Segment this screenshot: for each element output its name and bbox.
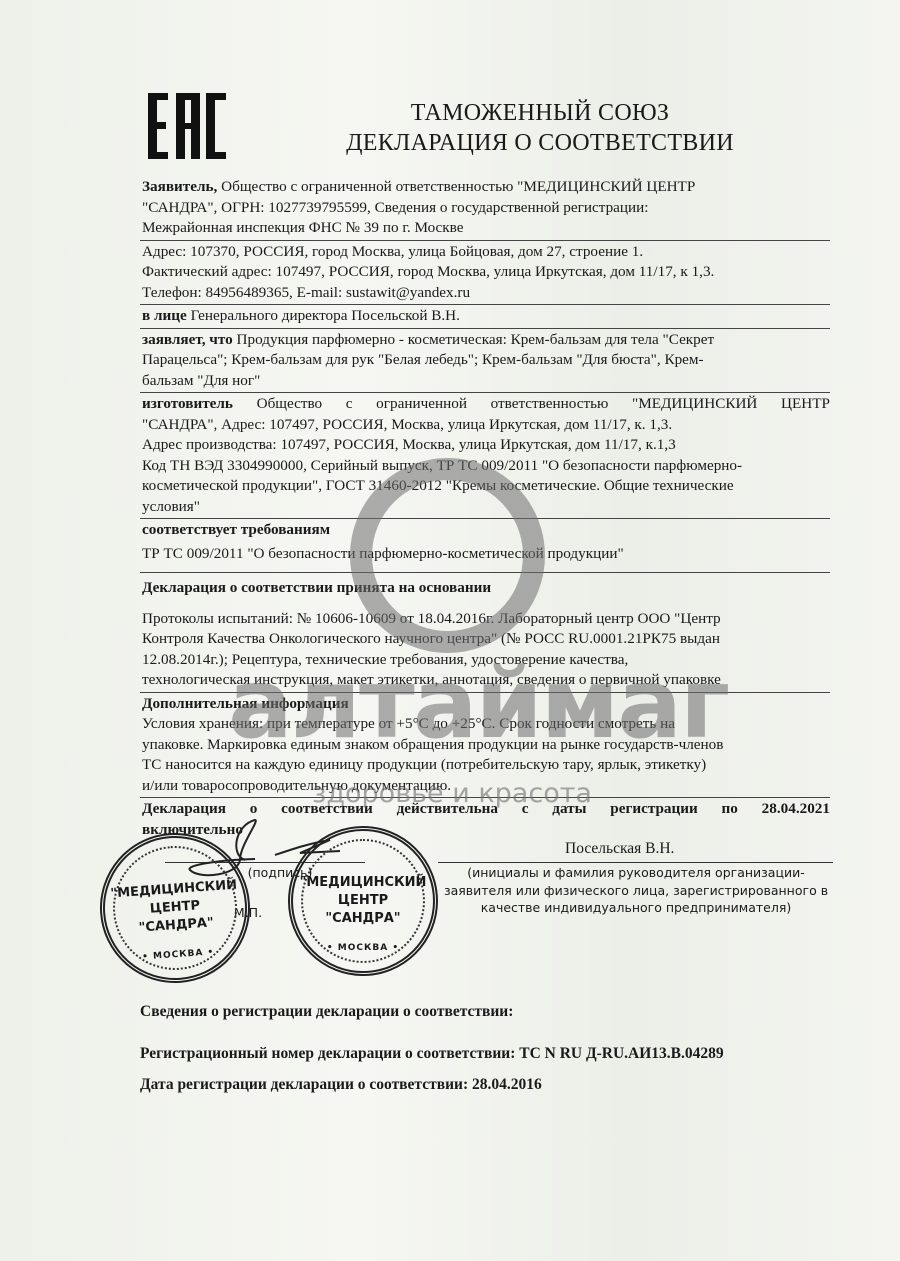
- company-seal-stamp: "МЕДИЦИНСКИЙ ЦЕНТР "САНДРА" • МОСКВА •: [288, 826, 438, 976]
- signatory-name: Посельская В.Н.: [565, 840, 674, 858]
- document-header: ТАМОЖЕННЫЙ СОЮЗ ДЕКЛАРАЦИЯ О СООТВЕТСТВИ…: [300, 98, 780, 158]
- union-title: ТАМОЖЕННЫЙ СОЮЗ: [300, 98, 780, 128]
- declaration-body: Заявитель, Общество с ограниченной ответ…: [140, 176, 830, 841]
- registration-number: Регистрационный номер декларации о соотв…: [140, 1045, 724, 1063]
- representative-section: в лице Генерального директора Посельской…: [140, 305, 830, 329]
- eac-logo: [148, 93, 226, 159]
- registration-heading: Сведения о регистрации декларации о соот…: [140, 1003, 513, 1021]
- additional-info-section: Дополнительная информация Условия хранен…: [140, 693, 830, 799]
- basis-section: Декларация о соответствии принята на осн…: [140, 573, 830, 693]
- manufacturer-section: изготовитель Общество с ограниченной отв…: [140, 393, 830, 519]
- document-page: ТАМОЖЕННЫЙ СОЮЗ ДЕКЛАРАЦИЯ О СООТВЕТСТВИ…: [0, 0, 900, 1261]
- declaration-title: ДЕКЛАРАЦИЯ О СООТВЕТСТВИИ: [300, 128, 780, 158]
- name-caption: (инициалы и фамилия руководителя организ…: [440, 864, 832, 917]
- declares-section: заявляет, что Продукция парфюмерно - кос…: [140, 329, 830, 394]
- address-section: Адрес: 107370, РОССИЯ, город Москва, ули…: [140, 241, 830, 306]
- applicant-label: Заявитель,: [142, 178, 217, 195]
- conforms-section: соответствует требованиям ТР ТС 009/2011…: [140, 519, 830, 573]
- name-line: [438, 862, 833, 863]
- applicant-section: Заявитель, Общество с ограниченной ответ…: [140, 176, 830, 241]
- registration-date: Дата регистрации декларации о соответств…: [140, 1076, 542, 1094]
